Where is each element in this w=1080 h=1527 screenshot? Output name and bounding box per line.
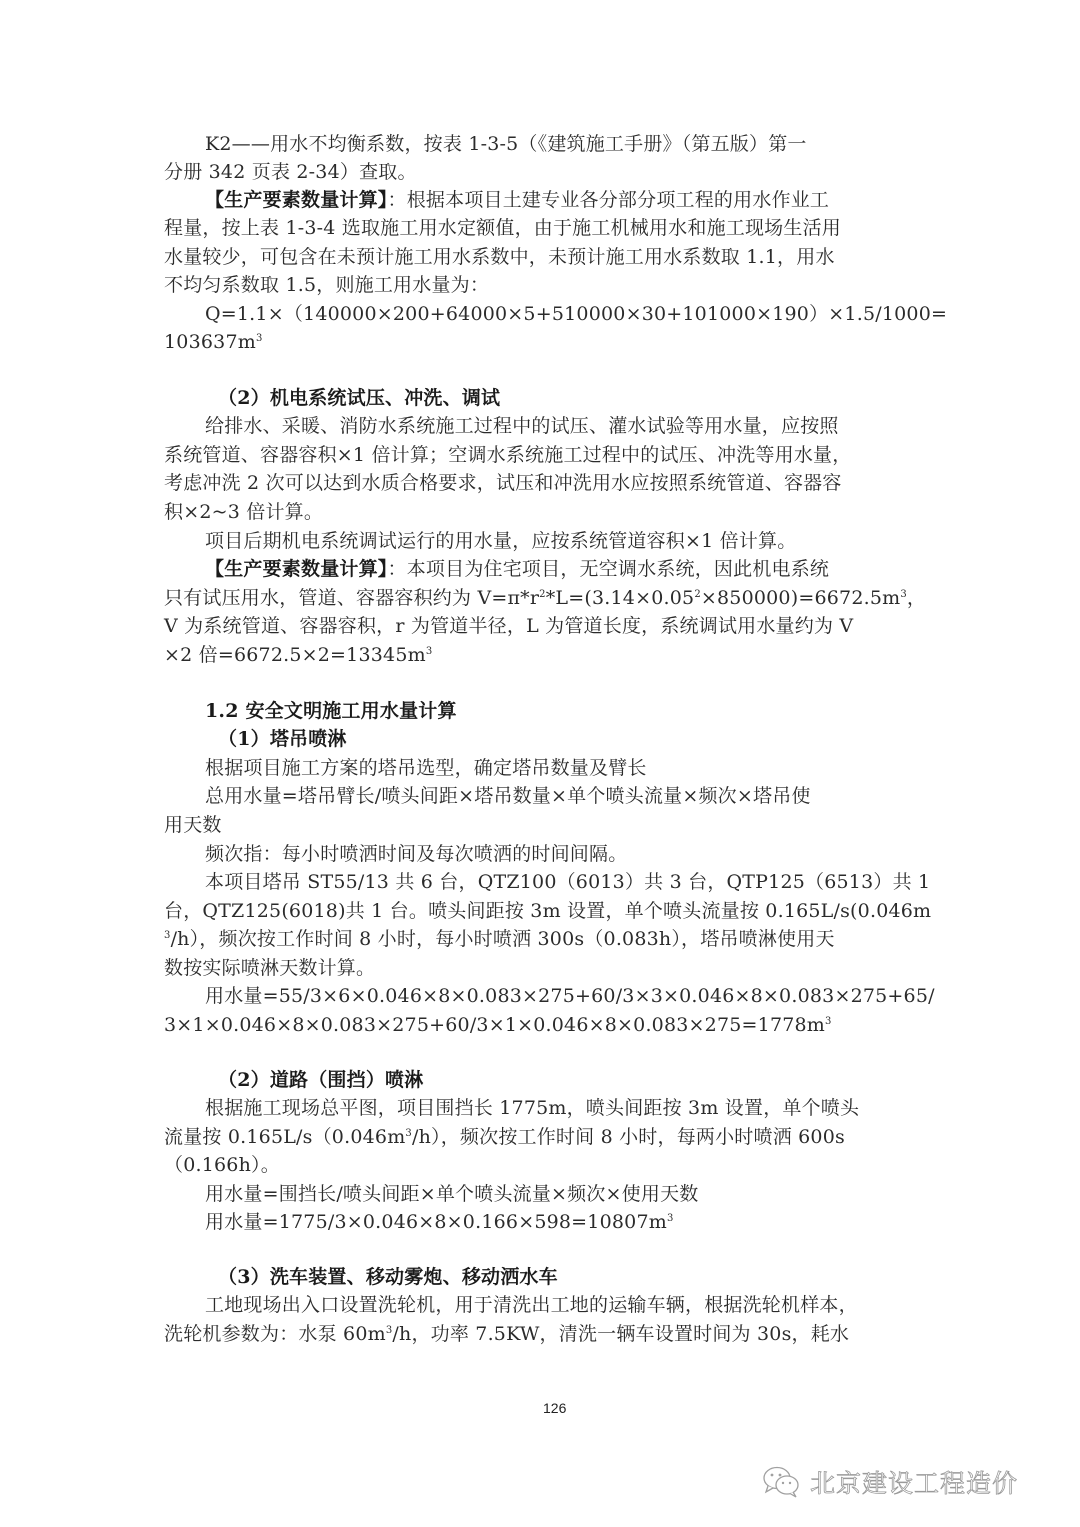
text-run: 103637m bbox=[164, 331, 256, 353]
text-run: ：根据本项目土建专业各分部分项工程的用水作业工 bbox=[388, 189, 830, 211]
text-line: （0.166h）。 bbox=[164, 1151, 924, 1179]
text-line: 台，QTZ125(6018)共 1 台。喷头间距按 3m 设置，单个喷头流量按 … bbox=[164, 897, 924, 925]
bold-label: 【生产要素数量计算】 bbox=[205, 558, 388, 580]
superscript: 3 bbox=[667, 1213, 674, 1224]
formula-line: 用水量=55/3×6×0.046×8×0.083×275+60/3×3×0.04… bbox=[205, 982, 965, 1010]
text-line: K2——用水不均衡系数，按表 1-3-5（《建筑施工手册》（第五版）第一 bbox=[205, 130, 965, 158]
text-run: ：本项目为住宅项目，无空调水系统，因此机电系统 bbox=[388, 558, 830, 580]
subsection-heading: （1）塔吊喷淋 bbox=[218, 725, 978, 753]
formula-line: Q=1.1×（140000×200+64000×5+510000×30+1010… bbox=[205, 300, 965, 328]
text-line: 分册 342 页表 2-34）查取。 bbox=[164, 158, 924, 186]
text-run: 3×1×0.046×8×0.083×275+60/3×1×0.046×8×0.0… bbox=[164, 1014, 825, 1036]
text-line: 【生产要素数量计算】：根据本项目土建专业各分部分项工程的用水作业工 bbox=[205, 186, 965, 214]
text-line: 根据项目施工方案的塔吊选型，确定塔吊数量及臂长 bbox=[205, 754, 965, 782]
text-line: 总用水量=塔吊臂长/喷头间距×塔吊数量×单个喷头流量×频次×塔吊使 bbox=[205, 782, 965, 810]
section-heading: 1.2 安全文明施工用水量计算 bbox=[205, 697, 965, 725]
section-heading: （2）机电系统试压、冲洗、调试 bbox=[218, 384, 978, 412]
formula-line: 103637m3 bbox=[164, 328, 924, 356]
text-line: 用天数 bbox=[164, 811, 924, 839]
watermark: 北京建设工程造价 bbox=[762, 1462, 1018, 1502]
superscript: 3 bbox=[825, 1016, 832, 1027]
text-line: 流量按 0.165L/s（0.046m3/h），频次按工作时间 8 小时，每两小… bbox=[164, 1123, 924, 1151]
formula-line: 只有试压用水，管道、容器容积约为 V=π*r2*L=(3.14×0.052×85… bbox=[164, 584, 924, 612]
text-run: /h），频次按工作时间 8 小时，每两小时喷洒 600s bbox=[412, 1126, 845, 1148]
text-run: 流量按 0.165L/s（0.046m bbox=[164, 1126, 405, 1148]
watermark-text: 北京建设工程造价 bbox=[810, 1464, 1018, 1500]
text-line: 系统管道、容器容积×1 倍计算；空调水系统施工过程中的试压、冲洗等用水量， bbox=[164, 441, 924, 469]
text-line: 不均匀系数取 1.5，则施工用水量为： bbox=[164, 271, 924, 299]
text-line: 【生产要素数量计算】：本项目为住宅项目，无空调水系统，因此机电系统 bbox=[205, 555, 965, 583]
text-run: ×2 倍=6672.5×2=13345m bbox=[164, 644, 426, 666]
formula-line: ×2 倍=6672.5×2=13345m3 bbox=[164, 641, 924, 669]
text-line: 频次指：每小时喷洒时间及每次喷洒的时间间隔。 bbox=[205, 840, 965, 868]
subsection-heading: （3）洗车装置、移动雾炮、移动洒水车 bbox=[218, 1263, 978, 1291]
text-run: /h，功率 7.5KW，清洗一辆车设置时间为 30s，耗水 bbox=[392, 1323, 849, 1345]
text-line: V 为系统管道、容器容积，r 为管道半径，L 为管道长度，系统调试用水量约为 V bbox=[164, 612, 924, 640]
text-line: 积×2~3 倍计算。 bbox=[164, 498, 924, 526]
text-line: 考虑冲洗 2 次可以达到水质合格要求，试压和冲洗用水应按照系统管道、容器容 bbox=[164, 469, 924, 497]
text-line: 程量，按上表 1-3-4 选取施工用水定额值，由于施工机械用水和施工现场生活用 bbox=[164, 214, 924, 242]
subsection-heading: （2）道路（围挡）喷淋 bbox=[218, 1066, 978, 1094]
formula-line: 用水量=1775/3×0.046×8×0.166×598=10807m3 bbox=[205, 1208, 965, 1236]
text-run: /h），频次按工作时间 8 小时，每小时喷洒 300s（0.083h），塔吊喷淋… bbox=[171, 928, 835, 950]
wechat-icon bbox=[762, 1465, 802, 1499]
text-line: 数按实际喷淋天数计算。 bbox=[164, 954, 924, 982]
text-line: 3/h），频次按工作时间 8 小时，每小时喷洒 300s（0.083h），塔吊喷… bbox=[164, 925, 924, 953]
superscript: 3 bbox=[256, 333, 263, 344]
text-line: 本项目塔吊 ST55/13 共 6 台，QTZ100（6013）共 3 台，QT… bbox=[205, 868, 965, 896]
formula-line: 3×1×0.046×8×0.083×275+60/3×1×0.046×8×0.0… bbox=[164, 1011, 924, 1039]
text-line: 工地现场出入口设置洗轮机，用于清洗出工地的运输车辆，根据洗轮机样本， bbox=[205, 1291, 965, 1319]
text-line: 根据施工现场总平图，项目围挡长 1775m，喷头间距按 3m 设置，单个喷头 bbox=[205, 1094, 965, 1122]
superscript: 3 bbox=[426, 646, 433, 657]
text-line: 项目后期机电系统调试运行的用水量，应按系统管道容积×1 倍计算。 bbox=[205, 527, 965, 555]
text-run: ×850000)=6672.5m bbox=[701, 587, 900, 609]
text-run: 用水量=1775/3×0.046×8×0.166×598=10807m bbox=[205, 1211, 667, 1233]
text-run: 只有试压用水，管道、容器容积约为 V=π*r bbox=[164, 587, 539, 609]
bold-label: 【生产要素数量计算】 bbox=[205, 189, 388, 211]
text-run: ， bbox=[907, 587, 926, 609]
text-run: *L=(3.14×0.05 bbox=[546, 587, 695, 609]
text-line: 洗轮机参数为：水泵 60m3/h，功率 7.5KW，清洗一辆车设置时间为 30s… bbox=[164, 1320, 924, 1348]
formula-line: 用水量=围挡长/喷头间距×单个喷头流量×频次×使用天数 bbox=[205, 1180, 965, 1208]
text-line: 给排水、采暖、消防水系统施工过程中的试压、灌水试验等用水量，应按照 bbox=[205, 412, 965, 440]
page-number: 126 bbox=[543, 1400, 566, 1416]
text-run: 洗轮机参数为：水泵 60m bbox=[164, 1323, 386, 1345]
document-page: K2——用水不均衡系数，按表 1-3-5（《建筑施工手册》（第五版）第一 分册 … bbox=[0, 0, 1080, 1527]
text-line: 水量较少，可包含在未预计施工用水系数中，未预计施工用水系数取 1.1，用水 bbox=[164, 243, 924, 271]
